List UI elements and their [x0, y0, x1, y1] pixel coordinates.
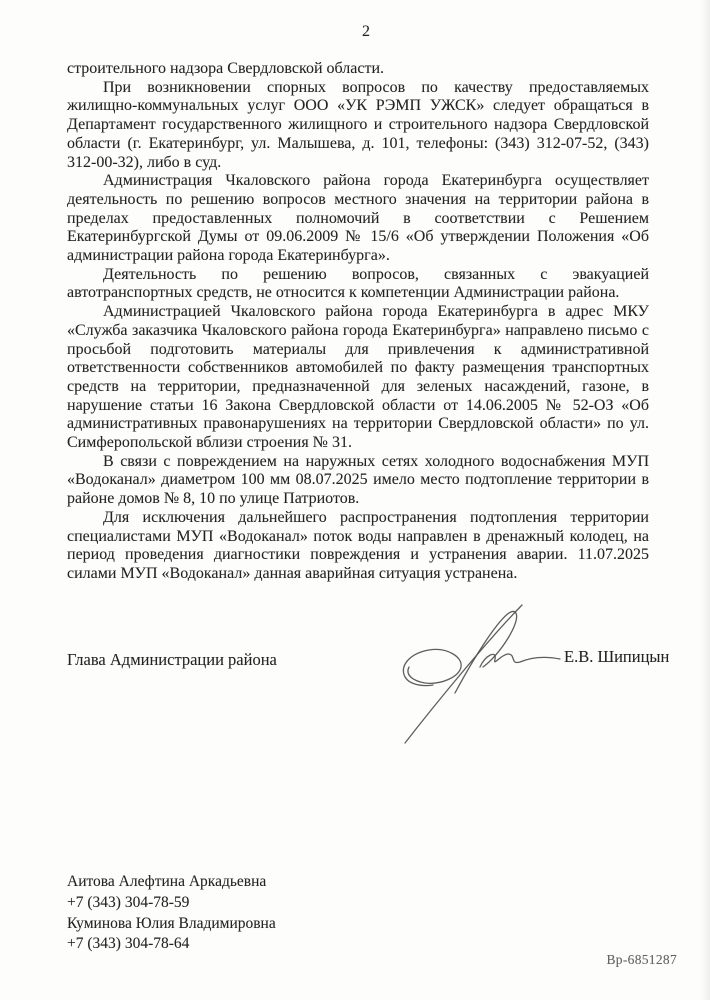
signature-stroke [480, 654, 560, 667]
paragraph-water-damage: В связи с повреждением на наружных сетях… [67, 453, 649, 509]
contact-block: Аитова Алефтина Аркадьевна +7 (343) 304-… [67, 872, 276, 955]
handwritten-signature [385, 595, 565, 750]
paragraph-complaints-procedure: При возникновении спорных вопросов по ка… [67, 79, 649, 173]
paragraph-administration-powers: Администрация Чкаловского района города … [67, 172, 649, 266]
contact-name: Куминова Юлия Владимировна [67, 914, 276, 935]
contact-phone: +7 (343) 304-78-59 [67, 893, 276, 914]
page-number: 2 [0, 23, 710, 41]
contact-name: Аитова Алефтина Аркадьевна [67, 872, 276, 893]
signature-stroke [455, 611, 517, 693]
scanned-letter-page: 2 строительного надзора Свердловской обл… [0, 0, 710, 1000]
registration-code: Вр-6851287 [607, 952, 678, 968]
contact-phone: +7 (343) 304-78-64 [67, 934, 276, 955]
paragraph-administrative-liability: Администрацией Чкаловского района города… [67, 303, 649, 453]
paragraph-damage-elimination: Для исключения дальнейшего распространен… [67, 509, 649, 584]
signature-stroke [405, 605, 522, 743]
scan-edge-artifact [700, 0, 710, 1000]
paragraph-vehicle-evacuation: Деятельность по решению вопросов, связан… [67, 266, 649, 303]
paragraph-continuation: строительного надзора Свердловской облас… [67, 60, 649, 79]
signer-name: Е.В. Шипицын [564, 647, 669, 667]
letter-body: строительного надзора Свердловской облас… [67, 60, 649, 584]
signer-title: Глава Администрации района [67, 650, 277, 670]
signature-stroke [403, 649, 461, 685]
